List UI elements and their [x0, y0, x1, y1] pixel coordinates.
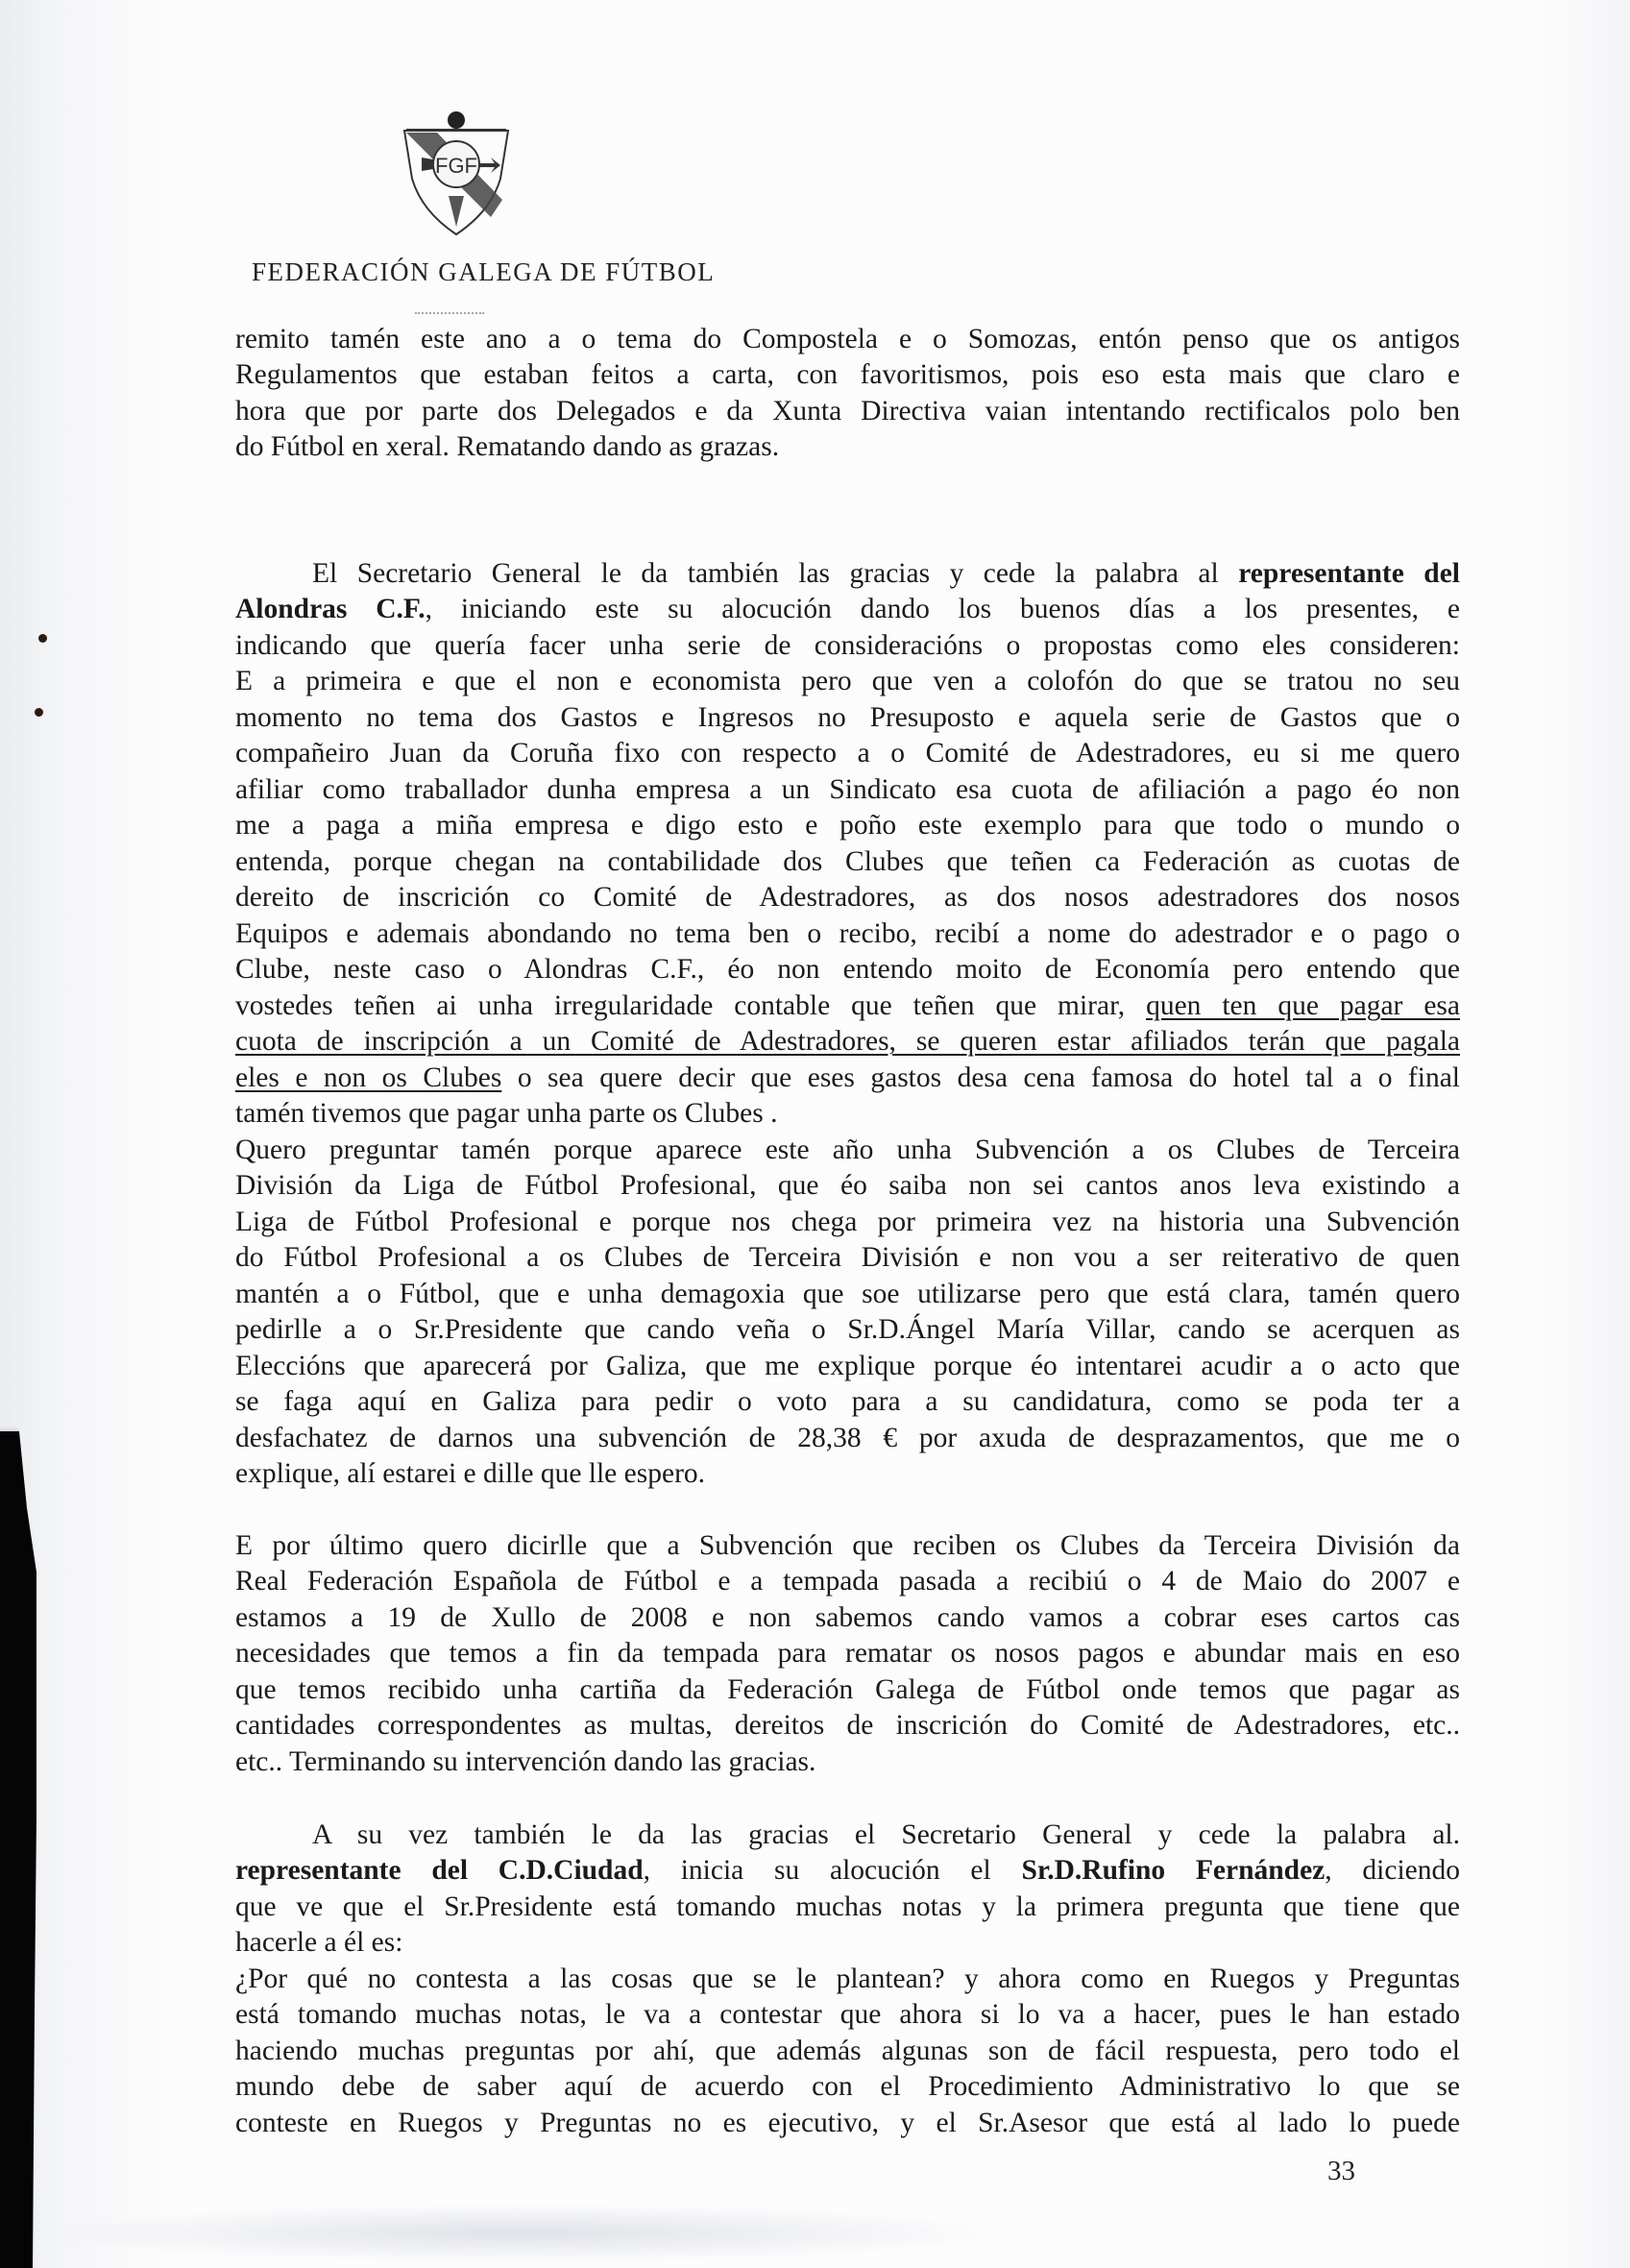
scan-edge	[0, 1431, 36, 2268]
text-line: eles e non os Clubes o sea quere decir q…	[235, 1061, 1460, 1095]
text-span: o sea quere decir que eses gastos desa c…	[501, 1062, 1460, 1093]
text-line: ¿Por qué no contesta a las cosas que se …	[235, 1962, 1460, 1996]
text-line: Regulamentos que estaban feitos a carta,…	[235, 357, 1460, 392]
scan-shadow	[38, 2205, 999, 2262]
text-line: Clube, neste caso o Alondras C.F., éo no…	[235, 952, 1460, 987]
text-line: necesidades que temos a fin da tempada p…	[235, 1636, 1460, 1671]
text-line: tamén tivemos que pagar unha parte os Cl…	[235, 1096, 1460, 1131]
text-line: A su vez también le da las gracias el Se…	[312, 1817, 1460, 1852]
club-name: Alondras C.F.	[235, 594, 426, 624]
text-line: indicando que quería facer unha serie de…	[235, 628, 1460, 663]
text-line: remito tamén este ano a o tema do Compos…	[235, 322, 1460, 356]
text-line: Real Federación Española de Fútbol e a t…	[235, 1564, 1460, 1598]
scan-speck	[38, 634, 47, 643]
text-span: , inicia su alocución el	[644, 1855, 1022, 1886]
text-line: conteste en Ruegos y Preguntas no es eje…	[235, 2106, 1460, 2140]
page-number: 33	[1327, 2156, 1355, 2187]
text-line: cuota de inscripción a un Comité de Ades…	[235, 1024, 1460, 1059]
text-line: do Fútbol en xeral. Rematando dando as g…	[235, 429, 1460, 464]
text-line: me a paga a miña empresa e digo esto e p…	[235, 808, 1460, 842]
text-line: está tomando muchas notas, le va a conte…	[235, 1997, 1460, 2032]
text-line: afiliar como traballador dunha empresa a…	[235, 772, 1460, 807]
text-line: momento no tema dos Gastos e Ingresos no…	[235, 700, 1460, 735]
text-line: vostedes teñen ai unha irregularidade co…	[235, 988, 1460, 1023]
text-line: mantén a o Fútbol, que e unha demagoxia …	[235, 1277, 1460, 1311]
speaker-name: Sr.D.Rufino Fernández	[1021, 1855, 1325, 1886]
text-line: entenda, porque chegan na contabilidade …	[235, 844, 1460, 879]
text-line: representante del C.D.Ciudad, inicia su …	[235, 1853, 1460, 1888]
divider	[415, 312, 484, 316]
text-line: hora que por parte dos Delegados e da Xu…	[235, 394, 1460, 428]
text-line: Alondras C.F., iniciando este su alocuci…	[235, 592, 1460, 626]
text-line: se faga aquí en Galiza para pedir o voto…	[235, 1384, 1460, 1419]
text-line: El Secretario General le da también las …	[312, 556, 1460, 591]
fgf-shield-logo-icon: FGF	[399, 104, 514, 238]
text-line: compañeiro Juan da Coruña fixo con respe…	[235, 736, 1460, 770]
scan-speck	[35, 708, 43, 717]
text-span: , diciendo	[1325, 1855, 1460, 1886]
text-line: pedirlle a o Sr.Presidente que cando veñ…	[235, 1312, 1460, 1347]
organization-name: FEDERACIÓN GALEGA DE FÚTBOL	[252, 257, 715, 287]
svg-text:FGF: FGF	[435, 154, 477, 178]
text-line: E a primeira e que el non e economista p…	[235, 664, 1460, 698]
text-line: desfachatez de darnos una subvención de …	[235, 1421, 1460, 1455]
text-line: Equipos e ademais abondando no tema ben …	[235, 916, 1460, 951]
text-line: do Fútbol Profesional a os Clubes de Ter…	[235, 1240, 1460, 1275]
text-line: haciendo muchas preguntas por ahí, que a…	[235, 2034, 1460, 2068]
text-line: hacerle a él es:	[235, 1925, 1460, 1960]
underlined-text: cuota de inscripción a un Comité de Ades…	[235, 1026, 1460, 1057]
text-line: División da Liga de Fútbol Profesional, …	[235, 1168, 1460, 1203]
speaker-label: representante del C.D.Ciudad	[235, 1855, 644, 1886]
text-line: Liga de Fútbol Profesional e porque nos …	[235, 1205, 1460, 1239]
underlined-text: quen ten que pagar esa	[1146, 990, 1460, 1021]
text-line: Quero preguntar tamén porque aparece est…	[235, 1133, 1460, 1167]
text-line: estamos a 19 de Xullo de 2008 e non sabe…	[235, 1600, 1460, 1635]
text-line: que ve que el Sr.Presidente está tomando…	[235, 1890, 1460, 1924]
text-line: dereito de inscrición co Comité de Adest…	[235, 880, 1460, 915]
text-line: explique, alí estarei e dille que lle es…	[235, 1456, 1460, 1491]
text-line: cantidades correspondentes as multas, de…	[235, 1708, 1460, 1743]
text-line: E por último quero dicirlle que a Subven…	[235, 1528, 1460, 1563]
text-line: Eleccións que aparecerá por Galiza, que …	[235, 1349, 1460, 1383]
text-line: etc.. Terminando su intervención dando l…	[235, 1744, 1460, 1779]
text-span: El Secretario General le da también las …	[312, 558, 1238, 589]
speaker-label: representante del	[1238, 558, 1460, 589]
text-span: vostedes teñen ai unha irregularidade co…	[235, 990, 1146, 1021]
text-span: , iniciando este su alocución dando los …	[426, 594, 1460, 624]
text-line: que temos recibido unha cartiña da Feder…	[235, 1672, 1460, 1707]
underlined-text: eles e non os Clubes	[235, 1062, 501, 1093]
text-line: mundo debe de saber aquí de acuerdo con …	[235, 2069, 1460, 2104]
